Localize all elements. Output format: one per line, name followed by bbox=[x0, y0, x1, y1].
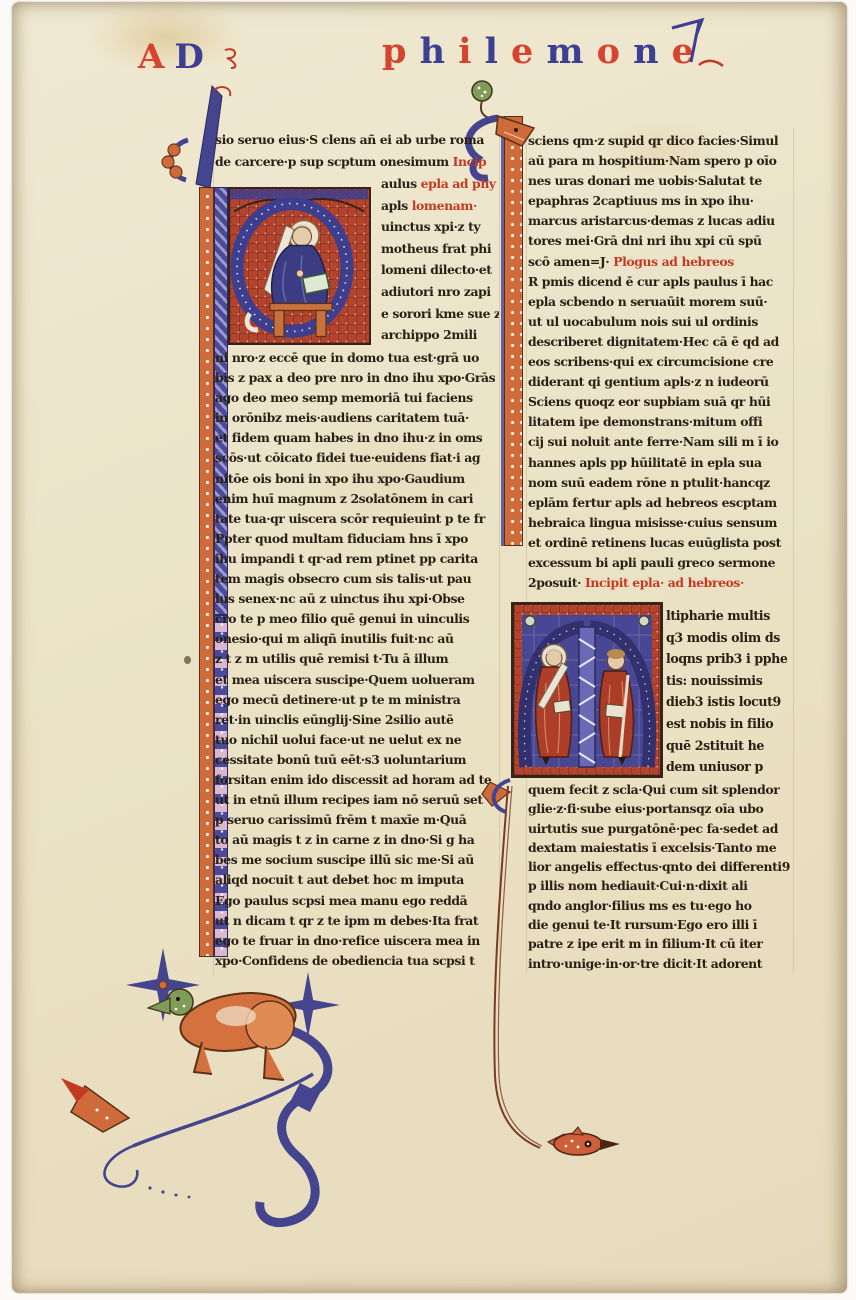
text-line: ut in etnū illum recipes iam nō seruū se… bbox=[215, 790, 499, 810]
line-text: hebraica lingua misisse·cuius sensum bbox=[528, 515, 777, 530]
text-line: tate tua·qr uiscera scōr requieuint p te… bbox=[215, 509, 499, 529]
red-squiggle-icon bbox=[221, 44, 243, 70]
line-text: ihu impandi t qr·ad rem ptinet pp carita bbox=[215, 551, 478, 566]
text-line: de carcere·p sup scptum onesimum Incip bbox=[215, 151, 499, 173]
rubric-text: Incip bbox=[453, 154, 487, 169]
text-line: nom suū eadem rōne n ptulit·hancqz bbox=[528, 473, 792, 493]
header-letter: A bbox=[138, 40, 164, 74]
text-line: nes uras donari me uobis·Salutat te bbox=[528, 171, 792, 191]
initial-p-side-text: aulus epla ad phyapls lomenam·uinctus xp… bbox=[381, 173, 499, 346]
line-text: scōs·ut cōicato fidei tue·euidens fiat·i… bbox=[215, 450, 480, 465]
text-line: lus senex·nc aū z uinctus ihu xpi·Obse bbox=[215, 589, 499, 609]
text-line: p seruo carissimū frēm t maxīe m·Quā bbox=[215, 810, 499, 830]
line-text: ltipharie multis bbox=[666, 608, 770, 623]
line-text: aliqd nocuit t aut debet hoc m imputa bbox=[215, 872, 464, 887]
running-header-philemone: philemone bbox=[382, 34, 694, 69]
text-line: ego mecū detinere·ut p te m ministra bbox=[215, 690, 499, 710]
line-text: ut in etnū illum recipes iam nō seruū se… bbox=[215, 792, 483, 807]
line-text: tores mei·Grā dni nri ihu xpi cū spū bbox=[528, 233, 762, 248]
text-line: onesio·qui m aliqñ inutilis fuit·nc aū bbox=[215, 629, 499, 649]
line-text: to aū magis t z in carne z in dno·Si g h… bbox=[215, 832, 474, 847]
left-column-opening: sio seruo eius·S clens añ ei ab urbe rom… bbox=[215, 129, 499, 172]
text-line: scō amen=J· Plogus ad hebreos bbox=[528, 252, 792, 272]
line-text: ego mecū detinere·ut p te m ministra bbox=[215, 692, 460, 707]
line-text: loqns prib3 i pphe bbox=[666, 651, 788, 666]
text-line: archippo 2mili bbox=[381, 324, 499, 346]
header-letter: p bbox=[382, 34, 406, 69]
line-text: describeret dignitatem·Hec cā ē qd ad bbox=[528, 334, 779, 349]
text-line: tis: nouissimis bbox=[666, 670, 793, 692]
line-text: Ppter quod multam fiduciam hns ī xpo bbox=[215, 531, 468, 546]
line-text: bis z pax a deo pre nro in dno ihu xpo·G… bbox=[215, 370, 495, 385]
line-text: et ordinē retinens lucas euūglista post bbox=[528, 535, 781, 550]
line-text: cij sui noluit ante ferre·Nam sili m ī i… bbox=[528, 434, 778, 449]
line-text: de carcere·p sup scptum onesimum bbox=[215, 154, 453, 169]
line-text: z t z m utilis quē remisi t·Tu ā illum bbox=[215, 651, 448, 666]
line-text: ago deo meo semp memoriā tui faciens bbox=[215, 390, 473, 405]
text-line: aliqd nocuit t aut debet hoc m imputa bbox=[215, 870, 499, 890]
manuscript-page: AD philemone bbox=[0, 0, 856, 1300]
line-text: nes uras donari me uobis·Salutat te bbox=[528, 173, 762, 188]
text-line: aulus epla ad phy bbox=[381, 173, 499, 195]
line-text: ut n dicam t qr z te ipm m debes·Ita fra… bbox=[215, 913, 478, 928]
line-text: est nobis in filio bbox=[666, 716, 773, 731]
line-text: Sciens quoqz eor supbiam suā qr hūi bbox=[528, 394, 770, 409]
text-line: Sciens quoqz eor supbiam suā qr hūi bbox=[528, 392, 792, 412]
line-text: ni nro·z eccē que in domo tua est·grā uo bbox=[215, 350, 479, 365]
line-text: R pmis dicend ē cur apls paulus ī hac bbox=[528, 274, 773, 289]
line-text: et mea uiscera suscipe·Quem uolueram bbox=[215, 672, 475, 687]
text-line: dem uniusor p bbox=[666, 756, 793, 778]
line-text: litatem ipe demonstrans·mitum offi bbox=[528, 414, 762, 429]
line-text: eos scribens·qui ex circumcisione cre bbox=[528, 354, 773, 369]
historiated-initial-p bbox=[228, 187, 371, 345]
header-letter: n bbox=[633, 34, 658, 69]
line-text: sciens qm·z supid qr dico facies·Simul bbox=[528, 133, 778, 148]
initial-m-side-text: ltipharie multisq3 modis olim dsloqns pr… bbox=[666, 605, 793, 778]
red-dash-icon bbox=[697, 56, 725, 70]
header-letter: o bbox=[597, 34, 620, 69]
line-text: dieb3 istis locut9 bbox=[666, 694, 781, 709]
line-text: p seruo carissimū frēm t maxīe m·Quā bbox=[215, 812, 466, 827]
text-line: et mea uiscera suscipe·Quem uolueram bbox=[215, 670, 499, 690]
text-line: ut ul uocabulum nois sui ul ordinis bbox=[528, 312, 792, 332]
line-text: aulus bbox=[381, 176, 421, 191]
line-text: ut ul uocabulum nois sui ul ordinis bbox=[528, 314, 758, 329]
text-line: enim huī magnum z 2solatōnem in cari bbox=[215, 489, 499, 509]
line-text: marcus aristarcus·demas z lucas adiu bbox=[528, 213, 775, 228]
text-line: quē 2stituit he bbox=[666, 735, 793, 757]
line-text: tuo nichil uolui face·ut ne uelut ex ne bbox=[215, 732, 461, 747]
text-line: Ppter quod multam fiduciam hns ī xpo bbox=[215, 529, 499, 549]
line-text: motheus frat phi bbox=[381, 241, 491, 256]
text-line: marcus aristarcus·demas z lucas adiu bbox=[528, 211, 792, 231]
header-letter: e bbox=[511, 34, 533, 69]
text-line: motheus frat phi bbox=[381, 238, 499, 260]
rubric-text: lomenam· bbox=[412, 198, 477, 213]
line-text: archippo 2mili bbox=[381, 327, 477, 342]
line-text: uinctus xpi·z ty bbox=[381, 219, 480, 234]
fish-tail-flourish bbox=[478, 776, 648, 1176]
text-line: epaphras 2captiuus ms in xpo ihu· bbox=[528, 191, 792, 211]
text-line: aū para m hospitium·Nam spero p oīo bbox=[528, 151, 792, 171]
rubric-text: Plogus ad hebreos bbox=[613, 254, 734, 269]
header-letter: l bbox=[485, 34, 498, 69]
rubric-text: Incipit epla· ad hebreos· bbox=[585, 575, 744, 590]
line-text: diderant qi gentium apls·z n iudeorū bbox=[528, 374, 769, 389]
text-line: sio seruo eius·S clens añ ei ab urbe rom… bbox=[215, 129, 499, 151]
text-line: to aū magis t z in carne z in dno·Si g h… bbox=[215, 830, 499, 850]
line-text: apls bbox=[381, 198, 412, 213]
text-line: ret·in uinclis eūnglij·Sine 2silio autē bbox=[215, 710, 499, 730]
text-line: in orōnibz meis·audiens caritatem tuā· bbox=[215, 408, 499, 428]
text-line: nitōe ois boni in xpo ihu xpo·Gaudium bbox=[215, 469, 499, 489]
line-text: adiutori nro zapi bbox=[381, 284, 491, 299]
text-line: cro te p meo filio quē genui in uinculis bbox=[215, 609, 499, 629]
running-header-ad: AD bbox=[138, 40, 204, 74]
line-text: tis: nouissimis bbox=[666, 673, 762, 688]
apostle-figures bbox=[514, 605, 660, 775]
text-line: hebraica lingua misisse·cuius sensum bbox=[528, 513, 792, 533]
text-line: et fidem quam habes in dno ihu·z in oms bbox=[215, 428, 499, 448]
line-text: et fidem quam habes in dno ihu·z in oms bbox=[215, 430, 482, 445]
line-text: nom suū eadem rōne n ptulit·hancqz bbox=[528, 475, 770, 490]
rubric-text: epla ad phy bbox=[421, 176, 496, 191]
line-text: forsitan enim ido discessit ad horam ad … bbox=[215, 772, 491, 787]
line-text: tem magis obsecro cum sis talis·ut pau bbox=[215, 571, 471, 586]
text-line: describeret dignitatem·Hec cā ē qd ad bbox=[528, 332, 792, 352]
line-text: eplām fertur apls ad hebreos escptam bbox=[528, 495, 777, 510]
header-letter: h bbox=[420, 34, 445, 69]
text-line: scōs·ut cōicato fidei tue·euidens fiat·i… bbox=[215, 448, 499, 468]
text-line: diderant qi gentium apls·z n iudeorū bbox=[528, 372, 792, 392]
text-line: ago deo meo semp memoriā tui faciens bbox=[215, 388, 499, 408]
text-line: eos scribens·qui ex circumcisione cre bbox=[528, 352, 792, 372]
text-line: ut n dicam t qr z te ipm m debes·Ita fra… bbox=[215, 911, 499, 931]
text-line: Ego paulus scpsi mea manu ego reddā bbox=[215, 891, 499, 911]
text-line: z t z m utilis quē remisi t·Tu ā illum bbox=[215, 649, 499, 669]
text-line: cessitate bonū tuū eēt·s3 uoluntarium bbox=[215, 750, 499, 770]
line-text: cessitate bonū tuū eēt·s3 uoluntarium bbox=[215, 752, 466, 767]
line-text: quē 2stituit he bbox=[666, 738, 764, 753]
text-line: lomeni dilecto·et bbox=[381, 259, 499, 281]
text-line: ltipharie multis bbox=[666, 605, 793, 627]
header-letter: D bbox=[174, 40, 203, 74]
text-line: loqns prib3 i pphe bbox=[666, 648, 793, 670]
header-letter: m bbox=[546, 34, 583, 69]
text-line: eplām fertur apls ad hebreos escptam bbox=[528, 493, 792, 513]
text-line: e sorori kme sue z bbox=[381, 303, 499, 325]
text-line: cij sui noluit ante ferre·Nam sili m ī i… bbox=[528, 432, 792, 452]
line-text: tate tua·qr uiscera scōr requieuint p te… bbox=[215, 511, 485, 526]
line-text: bes me socium suscipe illū sic me·Si aū bbox=[215, 852, 474, 867]
text-line: dieb3 istis locut9 bbox=[666, 691, 793, 713]
line-text: excessum bi apli pauli greco sermone bbox=[528, 555, 775, 570]
prick-mark bbox=[184, 656, 191, 664]
text-line: 2posuit· Incipit epla· ad hebreos· bbox=[528, 573, 792, 593]
line-text: cro te p meo filio quē genui in uinculis bbox=[215, 611, 469, 626]
line-text: sio seruo eius·S clens añ ei ab urbe rom… bbox=[215, 132, 484, 147]
line-text: nitōe ois boni in xpo ihu xpo·Gaudium bbox=[215, 471, 465, 486]
initial-p-bar-orange bbox=[199, 187, 214, 957]
line-text: lomeni dilecto·et bbox=[381, 262, 492, 277]
ruling-line bbox=[793, 128, 794, 973]
text-line: litatem ipe demonstrans·mitum offi bbox=[528, 412, 792, 432]
text-line: R pmis dicend ē cur apls paulus ī hac bbox=[528, 272, 792, 292]
text-line: adiutori nro zapi bbox=[381, 281, 499, 303]
text-line: bes me socium suscipe illū sic me·Si aū bbox=[215, 850, 499, 870]
line-text: dem uniusor p bbox=[666, 759, 763, 774]
text-line: epla scbendo n seruaūit morem suū· bbox=[528, 292, 792, 312]
historiated-initial-m bbox=[511, 602, 663, 778]
text-line: excessum bi apli pauli greco sermone bbox=[528, 553, 792, 573]
text-line: q3 modis olim ds bbox=[666, 627, 793, 649]
line-text: in orōnibz meis·audiens caritatem tuā· bbox=[215, 410, 469, 425]
line-text: e sorori kme sue z bbox=[381, 306, 499, 321]
line-text: lus senex·nc aū z uinctus ihu xpi·Obse bbox=[215, 591, 465, 606]
corner-flourish bbox=[55, 1068, 315, 1203]
text-line: forsitan enim ido discessit ad horam ad … bbox=[215, 770, 499, 790]
line-text: Ego paulus scpsi mea manu ego reddā bbox=[215, 893, 467, 908]
text-line: tuo nichil uolui face·ut ne uelut ex ne bbox=[215, 730, 499, 750]
line-text: q3 modis olim ds bbox=[666, 630, 780, 645]
text-line: ihu impandi t qr·ad rem ptinet pp carita bbox=[215, 549, 499, 569]
header-letter: i bbox=[458, 34, 471, 69]
text-line: tem magis obsecro cum sis talis·ut pau bbox=[215, 569, 499, 589]
line-text: ret·in uinclis eūnglij·Sine 2silio autē bbox=[215, 712, 453, 727]
line-text: epla scbendo n seruaūit morem suū· bbox=[528, 294, 767, 309]
line-text: enim huī magnum z 2solatōnem in cari bbox=[215, 491, 473, 506]
line-text: 2posuit· bbox=[528, 575, 585, 590]
line-text: scō amen=J· bbox=[528, 254, 613, 269]
text-line: ni nro·z eccē que in domo tua est·grā uo bbox=[215, 348, 499, 368]
text-line: bis z pax a deo pre nro in dno ihu xpo·G… bbox=[215, 368, 499, 388]
line-text: epaphras 2captiuus ms in xpo ihu· bbox=[528, 193, 754, 208]
text-line: et ordinē retinens lucas euūglista post bbox=[528, 533, 792, 553]
text-line: apls lomenam· bbox=[381, 195, 499, 217]
line-text: hannes apls pp hūilitatē in epla sua bbox=[528, 455, 762, 470]
text-line: est nobis in filio bbox=[666, 713, 793, 735]
text-line: hannes apls pp hūilitatē in epla sua bbox=[528, 453, 792, 473]
right-column-upper: sciens qm·z supid qr dico facies·Simulaū… bbox=[528, 131, 792, 593]
paul-figure bbox=[230, 189, 368, 342]
text-line: tores mei·Grā dni nri ihu xpi cū spū bbox=[528, 231, 792, 251]
text-line: sciens qm·z supid qr dico facies·Simul bbox=[528, 131, 792, 151]
line-text: aū para m hospitium·Nam spero p oīo bbox=[528, 153, 776, 168]
left-column-body: ni nro·z eccē que in domo tua est·grā uo… bbox=[215, 348, 499, 971]
text-line: uinctus xpi·z ty bbox=[381, 216, 499, 238]
line-text: onesio·qui m aliqñ inutilis fuit·nc aū bbox=[215, 631, 454, 646]
